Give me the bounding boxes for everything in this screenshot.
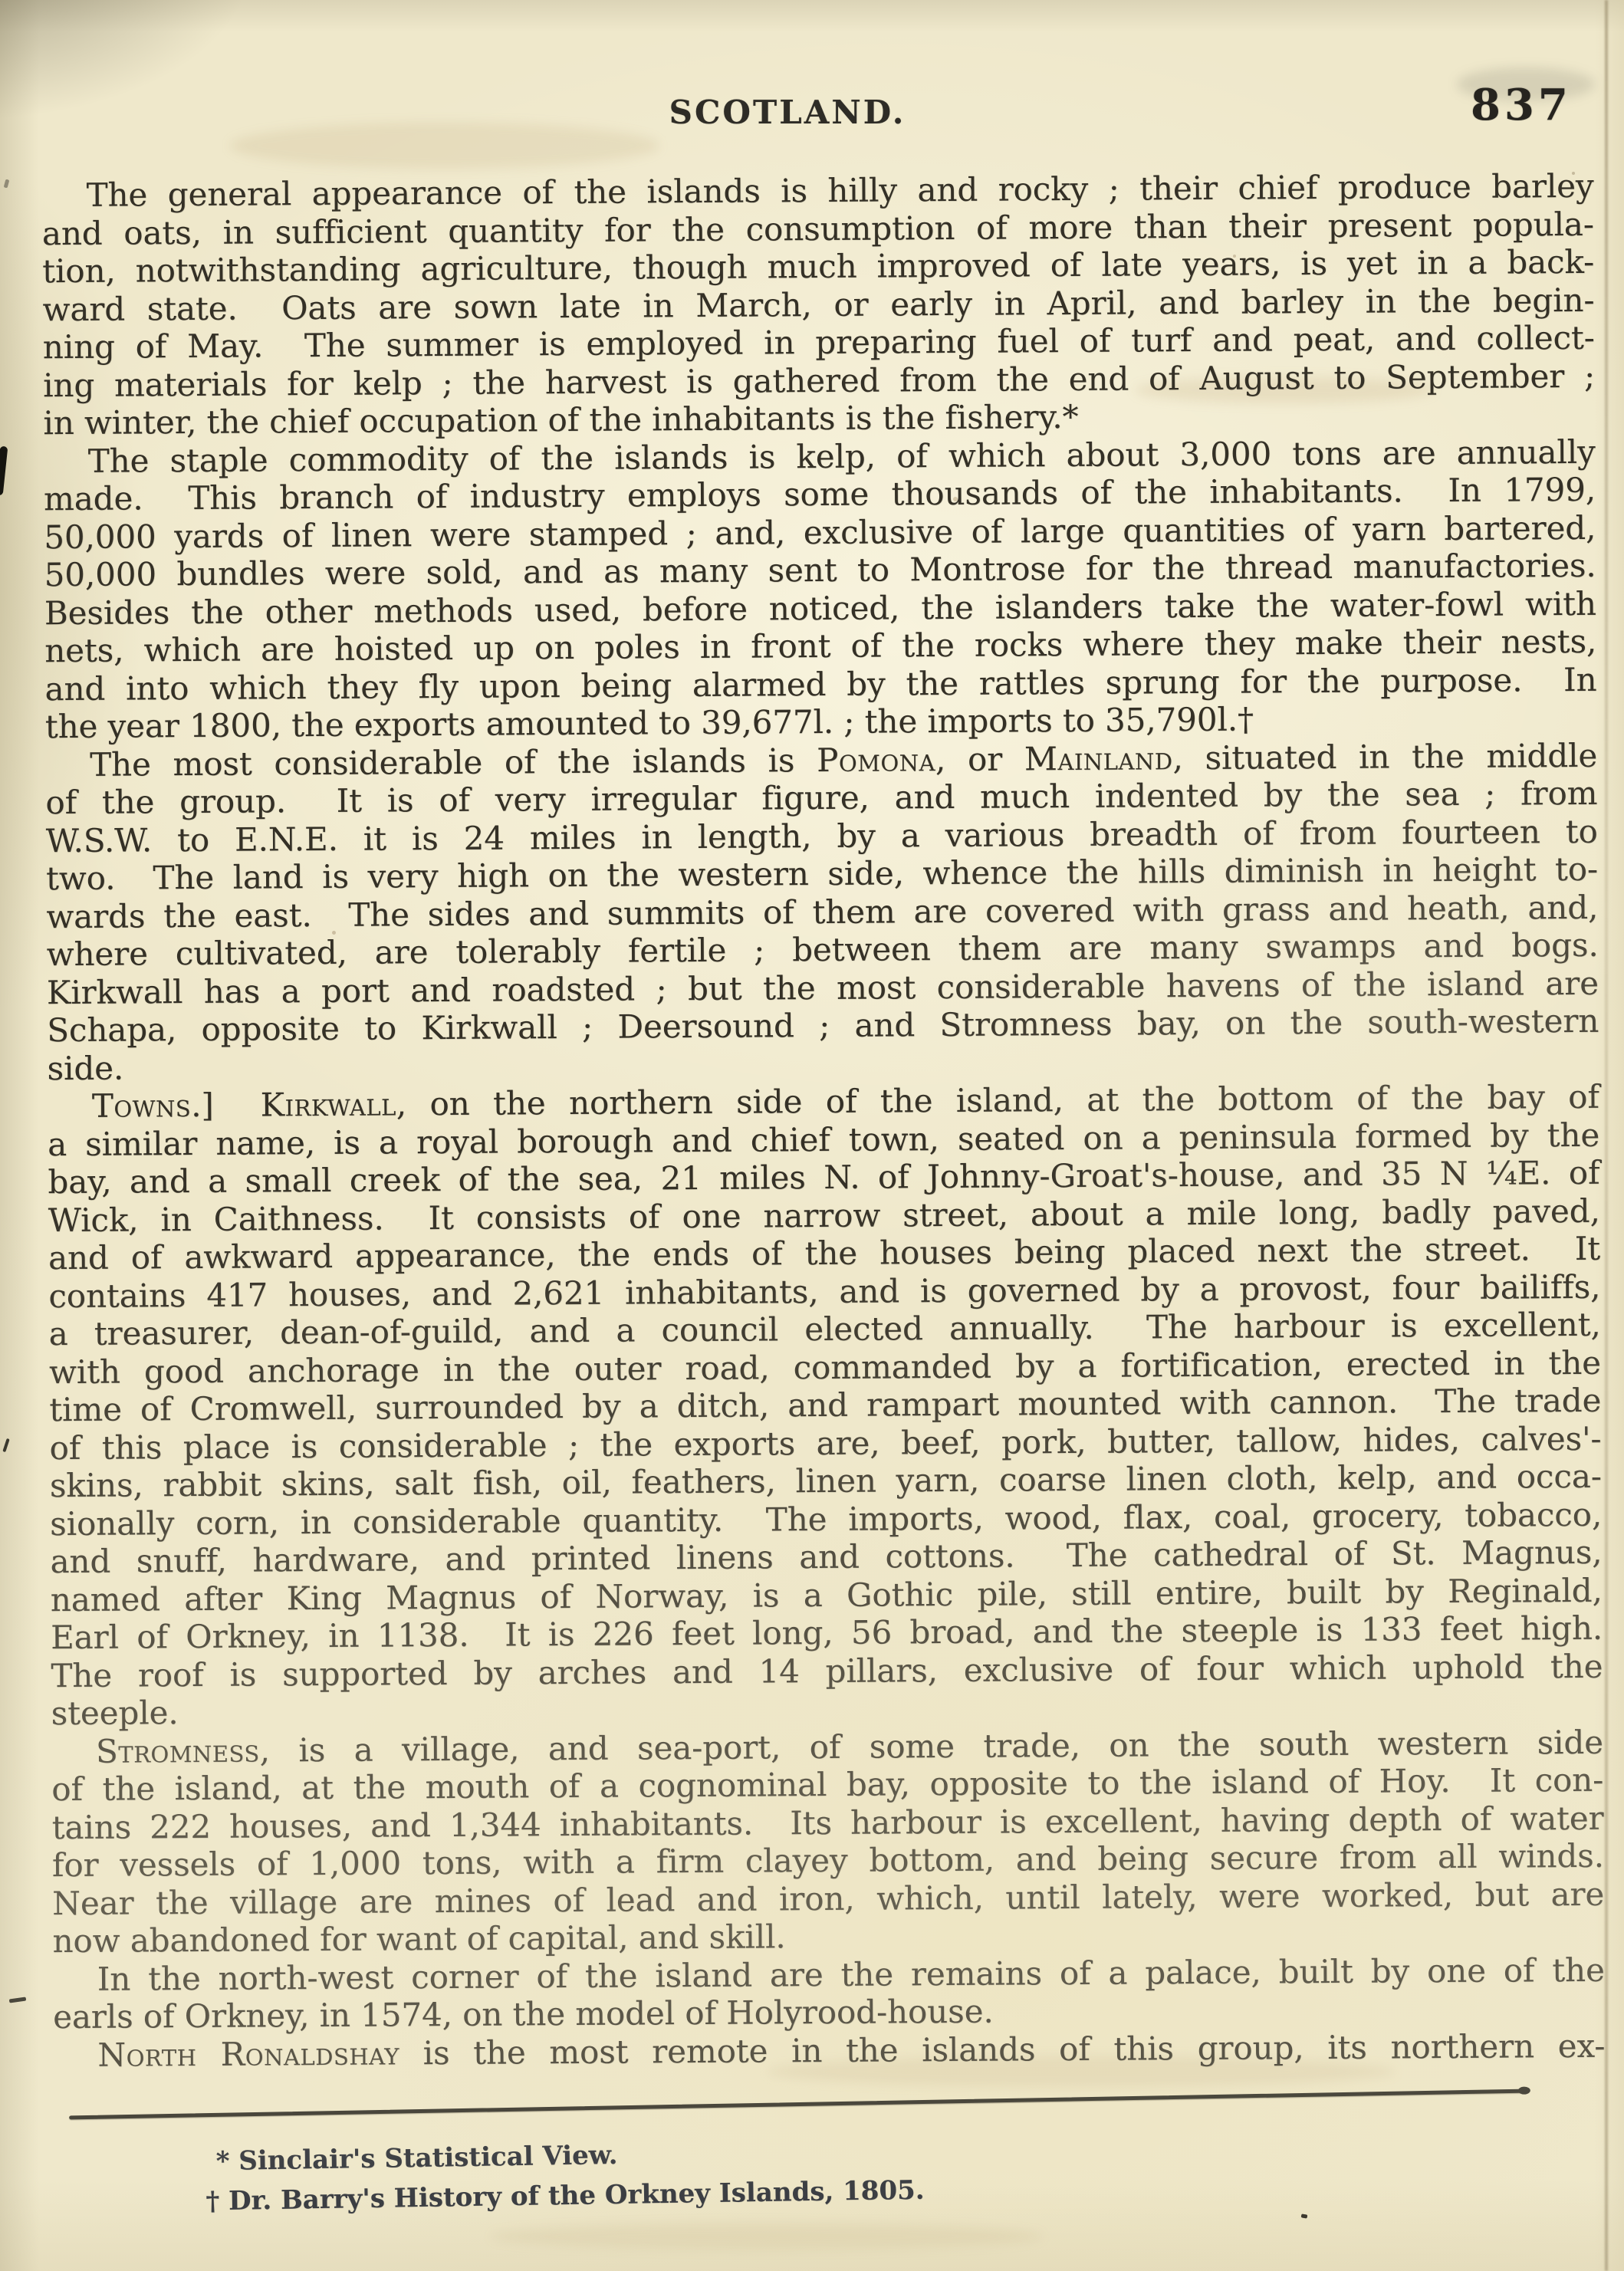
margin-mark	[2, 1438, 9, 1452]
running-head: SCOTLAND.	[0, 94, 1599, 131]
paper-speck	[1572, 172, 1575, 175]
book-page: SCOTLAND. 837 The general appearance of …	[0, 0, 1624, 2271]
paper-speck	[332, 931, 336, 935]
margin-dash	[9, 1997, 26, 2003]
edge-mark	[0, 446, 8, 496]
body-text: The general appearance of the islands is…	[41, 167, 1605, 2074]
page-number: 837	[1471, 80, 1572, 130]
footnotes: * Sinclair's Statistical View. † Dr. Bar…	[205, 2131, 925, 2222]
paper-speck	[953, 497, 958, 501]
show-through-smudge	[491, 2223, 1043, 2250]
paper-speck	[1301, 2213, 1308, 2218]
paper-speck	[1233, 255, 1236, 258]
margin-mark	[4, 179, 10, 189]
page-edge-crease	[1605, 0, 1608, 2271]
